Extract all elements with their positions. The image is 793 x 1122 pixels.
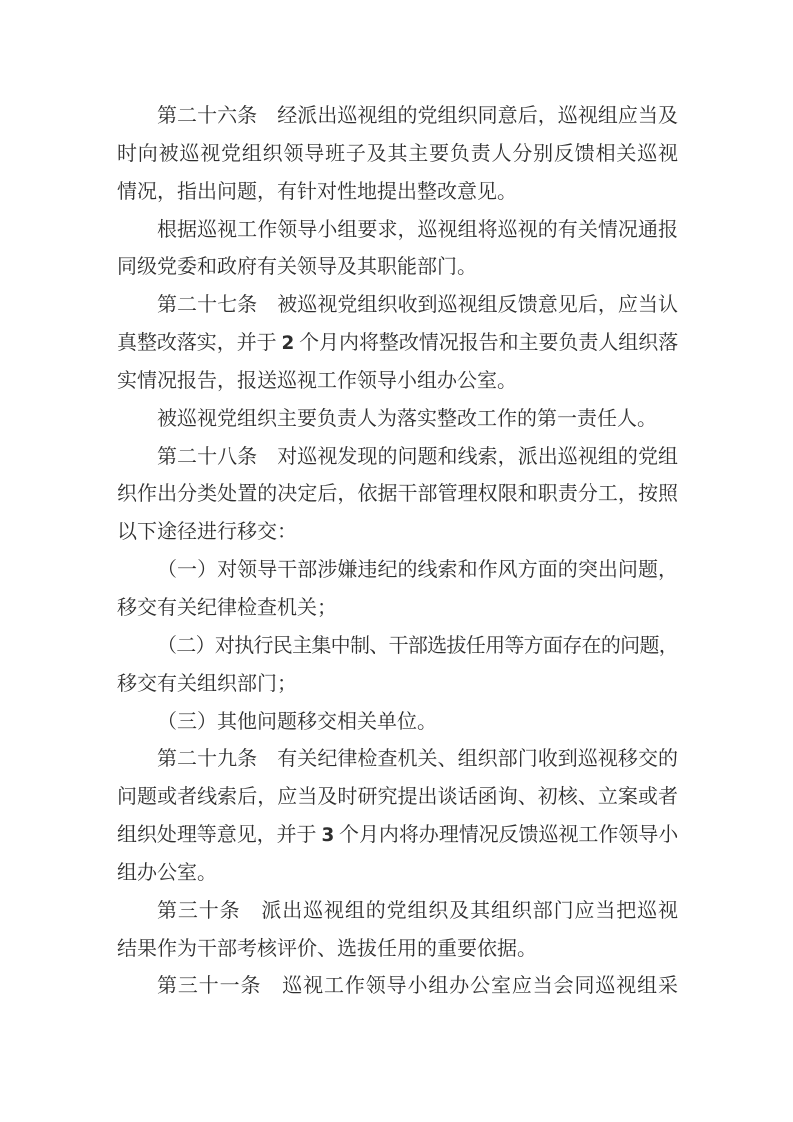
text-line: （二）对执行民主集中制、干部选拔任用等方面存在的问题， [117,628,678,666]
paragraph-article-29: 第二十九条 有关纪律检查机关、组织部门收到巡视移交的 问题或者线索后，应当及时研… [117,741,678,892]
document-text: 第二十六条 经派出巡视组的党组织同意后，巡视组应当及 时向被巡视党组织领导班子及… [117,98,678,1006]
text-line: 组织处理等意见，并于 3 个月内将办理情况反馈巡视工作领导小 [117,817,678,855]
text-line: 织作出分类处置的决定后，依据干部管理权限和职责分工，按照 [117,476,678,514]
text-line: 结果作为干部考核评价、选拔任用的重要依据。 [117,931,678,969]
text-line: 情况，指出问题，有针对性地提出整改意见。 [117,174,678,212]
paragraph-article-28: 第二十八条 对巡视发现的问题和线索，派出巡视组的党组 织作出分类处置的决定后，依… [117,439,678,553]
paragraph-article-28-item-3: （三）其他问题移交相关单位。 [117,704,678,742]
text-line: 实情况报告，报送巡视工作领导小组办公室。 [117,363,678,401]
document-page: 第二十六条 经派出巡视组的党组织同意后，巡视组应当及 时向被巡视党组织领导班子及… [0,0,793,1122]
text-line: 第二十七条 被巡视党组织收到巡视组反馈意见后，应当认 [117,287,678,325]
text-line: 以下途径进行移交： [117,514,678,552]
text-line: 第三十一条 巡视工作领导小组办公室应当会同巡视组采 [117,968,678,1006]
paragraph-article-28-item-1: （一）对领导干部涉嫌违纪的线索和作风方面的突出问题， 移交有关纪律检查机关； [117,552,678,628]
text-line: 同级党委和政府有关领导及其职能部门。 [117,249,678,287]
text-line: 第二十六条 经派出巡视组的党组织同意后，巡视组应当及 [117,98,678,136]
text-line: 第二十八条 对巡视发现的问题和线索，派出巡视组的党组 [117,439,678,477]
paragraph-article-27: 第二十七条 被巡视党组织收到巡视组反馈意见后，应当认 真整改落实，并于 2 个月… [117,287,678,401]
paragraph-article-26: 第二十六条 经派出巡视组的党组织同意后，巡视组应当及 时向被巡视党组织领导班子及… [117,98,678,212]
text-line: 真整改落实，并于 2 个月内将整改情况报告和主要负责人组织落 [117,325,678,363]
text-line: 第三十条 派出巡视组的党组织及其组织部门应当把巡视 [117,893,678,931]
text-line: 问题或者线索后，应当及时研究提出谈话函询、初核、立案或者 [117,779,678,817]
paragraph-article-31: 第三十一条 巡视工作领导小组办公室应当会同巡视组采 [117,968,678,1006]
text-line: 第二十九条 有关纪律检查机关、组织部门收到巡视移交的 [117,741,678,779]
text-line: 移交有关组织部门； [117,666,678,704]
text-line: 被巡视党组织主要负责人为落实整改工作的第一责任人。 [117,401,678,439]
paragraph-article-26-notify: 根据巡视工作领导小组要求，巡视组将巡视的有关情况通报 同级党委和政府有关领导及其… [117,212,678,288]
text-line: 根据巡视工作领导小组要求，巡视组将巡视的有关情况通报 [117,212,678,250]
text-line: （三）其他问题移交相关单位。 [117,704,678,742]
duration-number: 3 [321,825,334,846]
duration-number: 2 [282,333,295,354]
text-line: 时向被巡视党组织领导班子及其主要负责人分别反馈相关巡视 [117,136,678,174]
text-line: （一）对领导干部涉嫌违纪的线索和作风方面的突出问题， [117,552,678,590]
paragraph-article-28-item-2: （二）对执行民主集中制、干部选拔任用等方面存在的问题， 移交有关组织部门； [117,628,678,704]
paragraph-article-30: 第三十条 派出巡视组的党组织及其组织部门应当把巡视 结果作为干部考核评价、选拔任… [117,893,678,969]
paragraph-article-27-responsibility: 被巡视党组织主要负责人为落实整改工作的第一责任人。 [117,401,678,439]
text-line: 组办公室。 [117,855,678,893]
text-line: 移交有关纪律检查机关； [117,590,678,628]
